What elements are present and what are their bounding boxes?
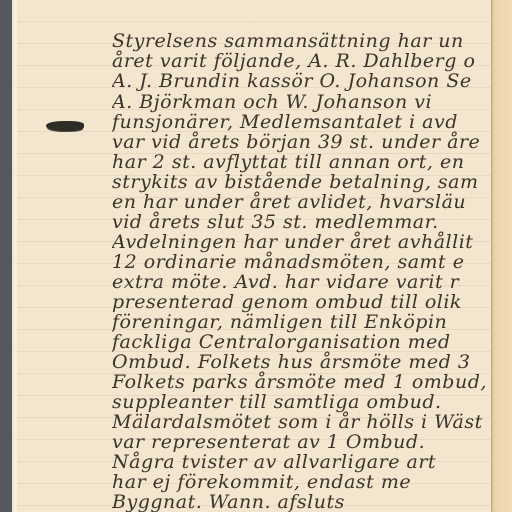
text-line: Avdelningen har under året avhållit — [112, 231, 473, 253]
text-line: A. Björkman och W. Johanson vi — [112, 91, 432, 113]
text-line: Ombud. Folkets hus årsmöte med 3 — [112, 351, 470, 373]
ink-blot — [46, 121, 84, 131]
handwritten-text-block: Styrelsens sammansättning har un året va… — [112, 30, 492, 512]
text-line: har ej förekommit, endast me — [112, 471, 411, 493]
text-line: presenterad genom ombud till olik — [112, 291, 462, 313]
text-line: var vid årets början 39 st. under åre — [112, 131, 480, 153]
text-line: året varit följande, A. R. Dahlberg o — [112, 50, 475, 72]
text-line: A. J. Brundin kassör O. Johanson Se — [112, 70, 472, 92]
text-line: Styrelsens sammansättning har un — [112, 30, 464, 52]
text-line: Mälardalsmötet som i år hölls i Wäst — [112, 411, 483, 433]
text-line: funsjonärer, Medlemsantalet i avd — [112, 111, 458, 133]
text-line: 12 ordinarie månadsmöten, samt e — [112, 251, 464, 273]
page-right-edge — [491, 0, 512, 512]
text-line: var representerat av 1 Ombud. — [112, 431, 425, 453]
text-line: extra möte. Avd. har vidare varit r — [112, 271, 459, 293]
text-line: har 2 st. avflyttat till annan ort, en — [112, 151, 464, 173]
text-line: suppleanter till samtliga ombud. — [112, 391, 442, 413]
text-line: Byggnat. Wann. afsluts — [112, 491, 345, 512]
text-line: fackliga Centralorganisation med — [112, 331, 451, 353]
text-line: strykits av bistående betalning, sam — [112, 171, 479, 193]
text-line: föreningar, nämligen till Enköpin — [112, 311, 447, 333]
text-line: vid årets slut 35 st. medlemmar. — [112, 211, 439, 233]
left-binding-strip — [0, 0, 12, 512]
text-line: Folkets parks årsmöte med 1 ombud, sa — [112, 371, 492, 393]
text-line: en har under året avlidet, hvarsläu — [112, 191, 466, 213]
text-line: Några tvister av allvarligare art — [112, 451, 436, 473]
